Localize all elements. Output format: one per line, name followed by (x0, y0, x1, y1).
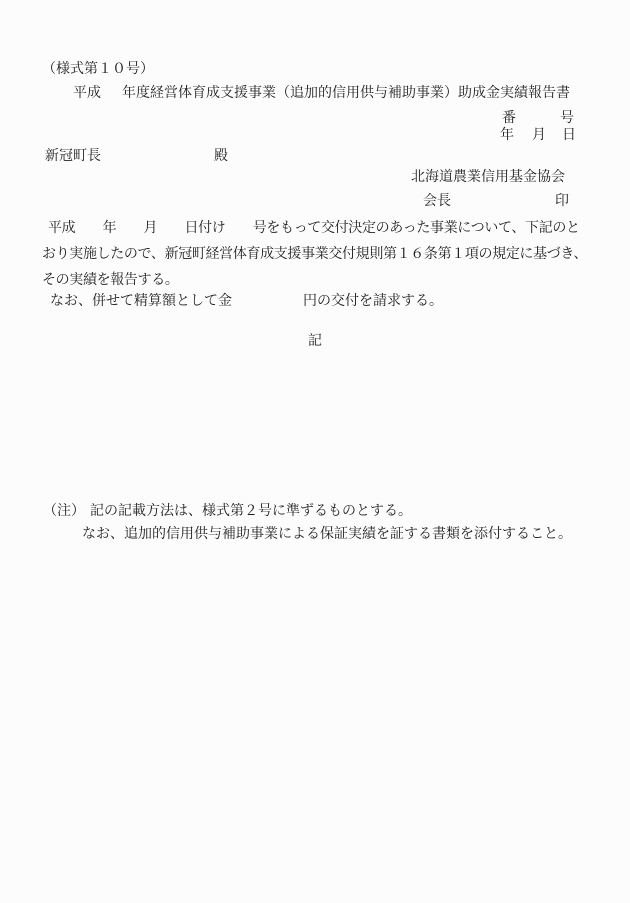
doc-number-blank (516, 121, 560, 122)
date-year-label: 年 (500, 128, 514, 143)
addressee-line: 新冠町長殿 (45, 149, 228, 165)
addressee-name-blank (101, 159, 214, 160)
date-month-blank (546, 138, 562, 139)
document-title: 平成年度経営体育成支援事業（追加的信用供与補助事業）助成金実績報告書 (73, 86, 570, 102)
note-text-1: 記の記載方法は、様式第２号に準ずるものとする。 (90, 504, 412, 519)
sender-organization: 北海道農業信用基金協会 (411, 170, 565, 186)
body-line-2: おり実施したので、新冠町経営体育成支援事業交付規則第１６条第１項の規定に基づき、 (42, 242, 594, 268)
addressee-name: 新冠町長 (45, 149, 101, 164)
document-page: （様式第１０号） 平成年度経営体育成支援事業（追加的信用供与補助事業）助成金実績… (0, 0, 630, 903)
note-label: （注） (43, 504, 85, 519)
body-line-3: その実績を報告する。 (42, 268, 594, 294)
sender-title-line: 会長印 (423, 194, 569, 210)
doc-number-line: 番号 (502, 111, 574, 127)
doc-date-line: 年月日 (500, 128, 576, 144)
addressee-honorific: 殿 (214, 149, 228, 164)
body-paragraph: 平成 年 月 日付け 号をもって交付決定のあった事業について、下記のと おり実施… (42, 216, 594, 294)
request-suffix: 円の交付を請求する。 (303, 294, 443, 309)
sender-title-label: 会長 (423, 194, 451, 209)
date-year-blank (514, 138, 532, 139)
request-prefix: なお、併せて精算額として金 (50, 294, 232, 309)
amount-blank (232, 304, 303, 305)
note-line-1: （注）記の記載方法は、様式第２号に準ずるものとする。 (43, 504, 412, 520)
section-marker-ki: 記 (308, 334, 322, 350)
title-era-label: 平成 (73, 86, 101, 101)
form-number-label: （様式第１０号） (42, 62, 154, 78)
body-line-1: 平成 年 月 日付け 号をもって交付決定のあった事業について、下記のと (42, 216, 594, 242)
date-month-label: 月 (532, 128, 546, 143)
title-text: 年度経営体育成支援事業（追加的信用供与補助事業）助成金実績報告書 (122, 86, 570, 101)
settlement-request-line: なお、併せて精算額として金円の交付を請求する。 (50, 294, 443, 310)
doc-number-go-label: 号 (560, 111, 574, 126)
date-day-label: 日 (562, 128, 576, 143)
sender-name-blank (451, 204, 555, 205)
note-line-2: なお、追加的信用供与補助事業による保証実績を証する書類を添付すること。 (82, 527, 572, 543)
seal-placeholder: 印 (555, 194, 569, 209)
title-year-blank (101, 96, 122, 97)
doc-number-ban-label: 番 (502, 111, 516, 126)
